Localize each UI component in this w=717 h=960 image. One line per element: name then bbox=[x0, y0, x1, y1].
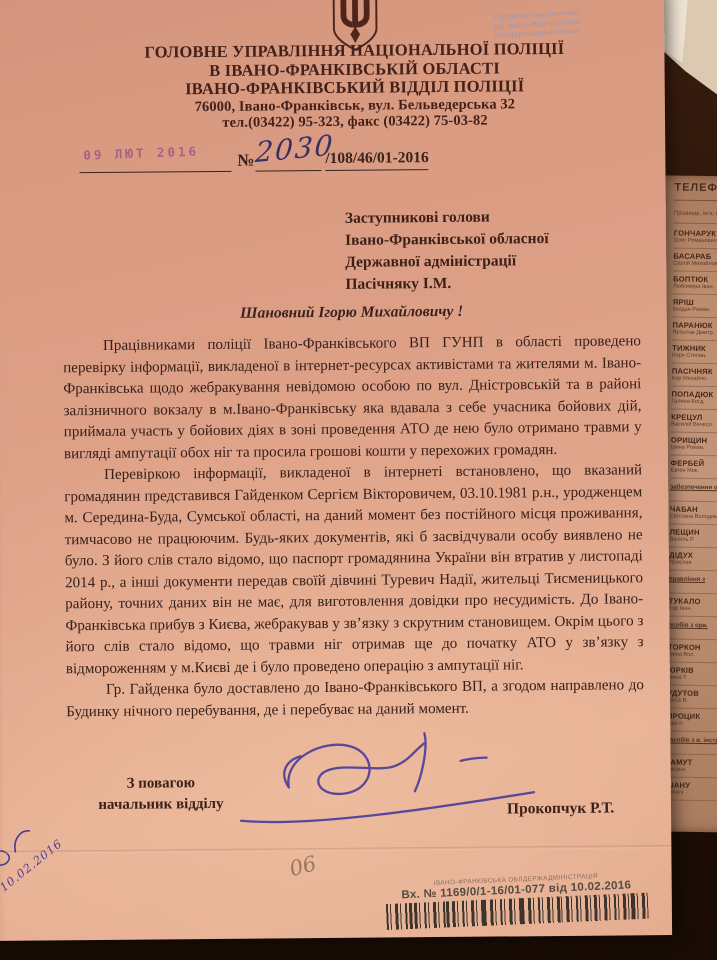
phone-list: ГОНЧАРУК Олег Романович БАСАРАБ Сергій М… bbox=[666, 226, 717, 802]
phone-list-entry: ПРОЦИК Іван Іг. bbox=[667, 709, 717, 733]
entry-given-name: Ірина Роман. bbox=[671, 445, 717, 453]
phone-list-entry: ТУКАЛО Ігор Іван. bbox=[668, 594, 717, 618]
entry-given-name: Євген Мик. bbox=[670, 468, 717, 476]
handwritten-outgoing-number: 2030 bbox=[254, 128, 336, 169]
entry-given-name: Олег Романович bbox=[674, 238, 717, 246]
entry-given-name: Ігор Іван. bbox=[668, 606, 717, 614]
date-line bbox=[79, 171, 231, 173]
letter-page: ГОЛОВНЕ УПРАВЛІННЯ НАЦІОНАЛЬНОЇ ПОЛІЦІЇ … bbox=[0, 0, 672, 941]
addressee-line2: Івано-Франківської обласної bbox=[345, 228, 549, 252]
phone-list-entry: БАСАРАБ Сергій Михайлович bbox=[673, 249, 717, 273]
entry-section-label: особів з ора. bbox=[668, 620, 717, 633]
signature-closing: З повагою начальник відділу bbox=[81, 773, 241, 816]
entry-given-name: Оксана bbox=[666, 767, 717, 775]
phone-list-entry: ЮРКІВ Ірина Т. bbox=[667, 663, 717, 687]
phone-list-entry: ТОРКОН Ірина Вол. bbox=[668, 640, 717, 664]
phone-list-entry: ФЕРБЕЙ Євген Мик. bbox=[670, 456, 717, 480]
addressee-block: Заступникові голови Івано-Франківської о… bbox=[345, 206, 549, 296]
letter-body: Працівниками поліції Івано-Франківського… bbox=[63, 331, 644, 723]
phone-list-entry: ГАМУТ Оксана bbox=[666, 755, 717, 779]
phone-list-entry: забезпечення облдерж. bbox=[670, 479, 717, 503]
phone-list-entry: ПАСІЧНЯК Ігор Михайло. bbox=[672, 364, 717, 388]
entry-given-name: Галина Богд. bbox=[671, 399, 717, 407]
paragraph-2: Перевіркою інформації, викладеної в інте… bbox=[64, 460, 644, 680]
reference-row: 09 ЛЮТ 2016 № 2030 /108/46/01-2016 bbox=[79, 138, 499, 184]
entry-given-name: Іван Іг. bbox=[667, 721, 717, 729]
entry-given-name: Ярослав Дмитр. bbox=[672, 330, 717, 338]
phone-list-entry: особів з ора. bbox=[668, 617, 717, 641]
entry-given-name: Сергій Михайлович bbox=[673, 261, 717, 269]
number-line bbox=[255, 170, 321, 172]
entry-given-name: Світлана Володим. bbox=[670, 514, 717, 522]
entry-given-name: Василій Вячесл. bbox=[671, 422, 717, 430]
phone-sheet-header: ТЕЛЕФО bbox=[674, 182, 717, 202]
addressee-line1: Заступникові голови bbox=[345, 206, 549, 230]
intake-registration-stamp: ІВАНО-ФРАНКІВСЬКА ОБЛДЕРЖАДМІНІСТРАЦІЯ В… bbox=[371, 870, 663, 931]
entry-given-name: Любомира Іван. bbox=[673, 284, 717, 292]
entry-given-name: Богдан Роман. bbox=[673, 307, 717, 315]
letterhead: ГОЛОВНЕ УПРАВЛІННЯ НАЦІОНАЛЬНОЇ ПОЛІЦІЇ … bbox=[94, 39, 615, 131]
entry-given-name: Наталі bbox=[666, 790, 717, 798]
entry-given-name: Інеса В. bbox=[667, 698, 717, 706]
date-received-stamp: 09 ЛЮТ 2016 bbox=[83, 144, 199, 163]
signer-name: Прокопчук Р.Т. bbox=[507, 800, 614, 819]
phone-list-entry: ДІДУХ Ярослав bbox=[669, 548, 717, 572]
phone-list-entry: БОПТЮК Любомира Іван. bbox=[673, 272, 717, 296]
entry-given-name: Ігоря Степан. bbox=[672, 353, 717, 361]
phone-list-entry: засобів з в. інструктує bbox=[666, 732, 717, 756]
paragraph-1: Працівниками поліції Івано-Франківського… bbox=[63, 331, 642, 465]
number-sign: № bbox=[237, 151, 254, 171]
org-phone: тел.(03422) 95-323, факс (03422) 75-03-8… bbox=[95, 111, 615, 132]
phone-list-entry: ЛЕЩИН Василь Р. bbox=[669, 525, 717, 549]
salutation: Шановний Ігорю Михайловичу ! bbox=[63, 301, 641, 324]
handwritten-page-note: 06 bbox=[287, 851, 319, 881]
paragraph-3: Гр. Гайденка було доставлено до Івано-Фр… bbox=[66, 675, 644, 723]
addressee-line3: Державної адміністрації bbox=[345, 250, 549, 274]
entry-section-label: засобів з в. інструктує bbox=[667, 735, 717, 748]
phone-list-entry: ТИЖНИК Ігоря Степан. bbox=[672, 341, 717, 365]
entry-given-name: Ігор Михайло. bbox=[672, 376, 717, 384]
entry-given-name: Ірина Вол. bbox=[668, 652, 717, 660]
photo-of-document: ТЕЛЕФО Прізвище, ім’я, по батькові ГОНЧА… bbox=[0, 0, 717, 960]
return-to-administration-stamp: Підлягає поверненню до Івано-Франківсько… bbox=[493, 8, 582, 40]
closing-regards: З повагою bbox=[81, 773, 241, 795]
closing-title: начальник відділу bbox=[81, 794, 241, 816]
phone-list-entry: ГОНЧАРУК Олег Романович bbox=[674, 226, 717, 250]
outgoing-number-suffix: /108/46/01-2016 bbox=[325, 149, 429, 171]
phone-list-entry: ЧАБАН Світлана Володим. bbox=[670, 502, 717, 526]
entry-section-label: забезпечення облдерж. bbox=[670, 482, 717, 495]
entry-given-name: Ірина Т. bbox=[668, 675, 717, 683]
phone-sheet-subheader: Прізвище, ім’я, по батькові bbox=[674, 205, 717, 225]
phone-list-entry: КРЕЦУЛ Василій Вячесл. bbox=[671, 410, 717, 434]
phone-list-entry: УДУТОВ Інеса В. bbox=[667, 686, 717, 710]
entry-given-name: Ярослав bbox=[669, 560, 717, 568]
phone-list-entry: правління з bbox=[669, 571, 717, 595]
phone-list-entry: ПОПАДЮК Галина Богд. bbox=[671, 387, 717, 411]
phone-list-entry: ЯРІШ Богдан Роман. bbox=[673, 295, 717, 319]
entry-section-label: правління з bbox=[669, 574, 717, 587]
entry-given-name: Василь Р. bbox=[669, 537, 717, 545]
addressee-line4: Пасічняку І.М. bbox=[345, 272, 549, 296]
phone-list-entry: ОРИЩИН Ірина Роман. bbox=[671, 433, 717, 457]
phone-list-entry: ПАРАНЮК Ярослав Дмитр. bbox=[672, 318, 717, 342]
handwritten-margin-note: 10.02.2016 bbox=[0, 812, 65, 894]
phone-list-entry: ШАНУ Наталі bbox=[666, 778, 717, 802]
